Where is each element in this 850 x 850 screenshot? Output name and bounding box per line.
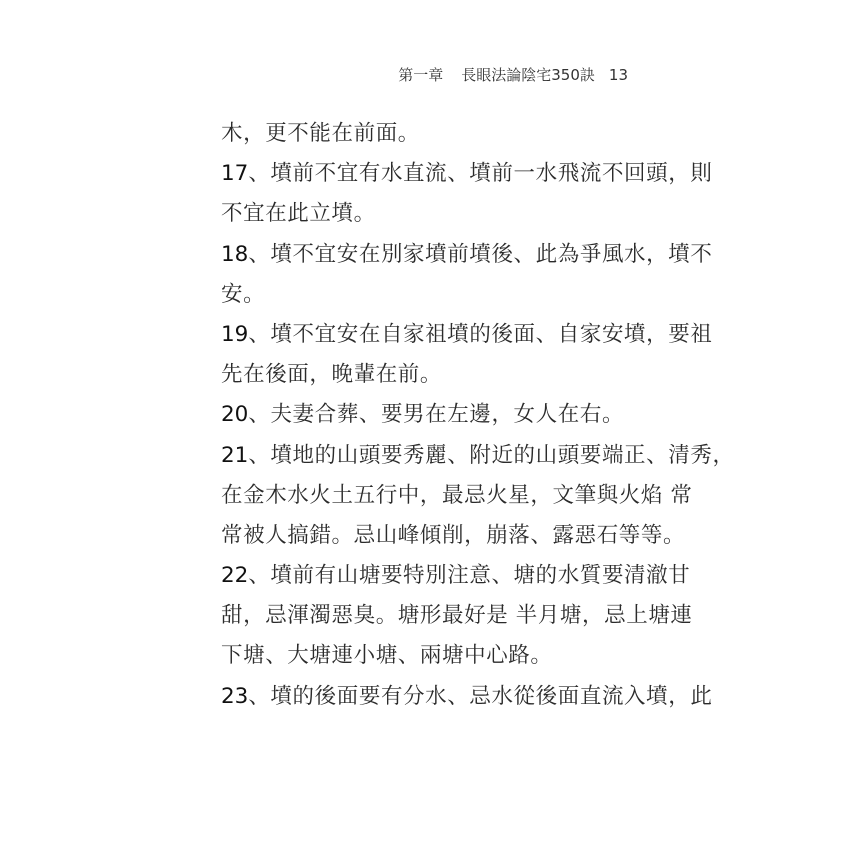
line-text: 、墳不宜安在別家墳前墳後、此為爭風水，墳不	[248, 242, 712, 267]
text-line: 23、墳的後面要有分水、忌水從後面直流入墳，此	[221, 683, 636, 723]
text-line: 木，更不能在前面。	[221, 120, 636, 160]
line-text: 先在後面，晚輩在前。	[221, 362, 442, 387]
body-text: 木，更不能在前面。 17、墳前不宜有水直流、墳前一水飛流不回頭，則 不宜在此立墳…	[221, 120, 636, 723]
text-line: 先在後面，晚輩在前。	[221, 361, 636, 401]
text-line: 甜，忌渾濁惡臭。塘形最好是 半月塘，忌上塘連	[221, 602, 636, 642]
text-line: 21、墳地的山頭要秀麗、附近的山頭要端正、清秀，	[221, 442, 636, 482]
running-header: 第一章長眼法論陰宅350訣13	[398, 64, 628, 85]
line-text: 下塘、大塘連小塘、兩塘中心路。	[221, 643, 553, 668]
line-text: 、夫妻合葬、要男在左邊，女人在右。	[248, 402, 624, 427]
text-line: 不宜在此立墳。	[221, 200, 636, 240]
item-number: 21	[221, 443, 248, 468]
text-line: 17、墳前不宜有水直流、墳前一水飛流不回頭，則	[221, 160, 636, 200]
line-text: 、墳前有山塘要特別注意、塘的水質要清澈甘	[248, 563, 690, 588]
text-line: 20、夫妻合葬、要男在左邊，女人在右。	[221, 401, 636, 441]
line-text: 、墳地的山頭要秀麗、附近的山頭要端正、清秀，	[248, 443, 734, 468]
item-number: 19	[221, 322, 248, 347]
line-text: 常被人搞錯。忌山峰傾削，崩落、露惡石等等。	[221, 523, 685, 548]
item-number: 17	[221, 161, 248, 186]
line-text: 安。	[221, 282, 265, 307]
page-number: 13	[609, 66, 628, 84]
text-line: 常被人搞錯。忌山峰傾削，崩落、露惡石等等。	[221, 522, 636, 562]
line-text: 、墳不宜安在自家祖墳的後面、自家安墳，要祖	[248, 322, 712, 347]
text-line: 19、墳不宜安在自家祖墳的後面、自家安墳，要祖	[221, 321, 636, 361]
text-line: 安。	[221, 281, 636, 321]
line-text: 甜，忌渾濁惡臭。塘形最好是 半月塘，忌上塘連	[221, 603, 693, 628]
line-text: 在金木水火土五行中，最忌火星，文筆與火焰 常	[221, 483, 693, 508]
line-text: 、墳的後面要有分水、忌水從後面直流入墳，此	[248, 684, 712, 709]
item-number: 23	[221, 684, 248, 709]
line-text: 不宜在此立墳。	[221, 201, 376, 226]
chapter-label: 第一章	[398, 66, 443, 84]
text-line: 18、墳不宜安在別家墳前墳後、此為爭風水，墳不	[221, 241, 636, 281]
book-title: 長眼法論陰宅350訣	[461, 66, 595, 84]
item-number: 22	[221, 563, 248, 588]
item-number: 18	[221, 242, 248, 267]
text-line: 在金木水火土五行中，最忌火星，文筆與火焰 常	[221, 482, 636, 522]
text-line: 22、墳前有山塘要特別注意、塘的水質要清澈甘	[221, 562, 636, 602]
line-text: 木，更不能在前面。	[221, 121, 420, 146]
line-text: 、墳前不宜有水直流、墳前一水飛流不回頭，則	[248, 161, 712, 186]
book-page: 第一章長眼法論陰宅350訣13 木，更不能在前面。 17、墳前不宜有水直流、墳前…	[0, 0, 850, 850]
item-number: 20	[221, 402, 248, 427]
text-line: 下塘、大塘連小塘、兩塘中心路。	[221, 642, 636, 682]
